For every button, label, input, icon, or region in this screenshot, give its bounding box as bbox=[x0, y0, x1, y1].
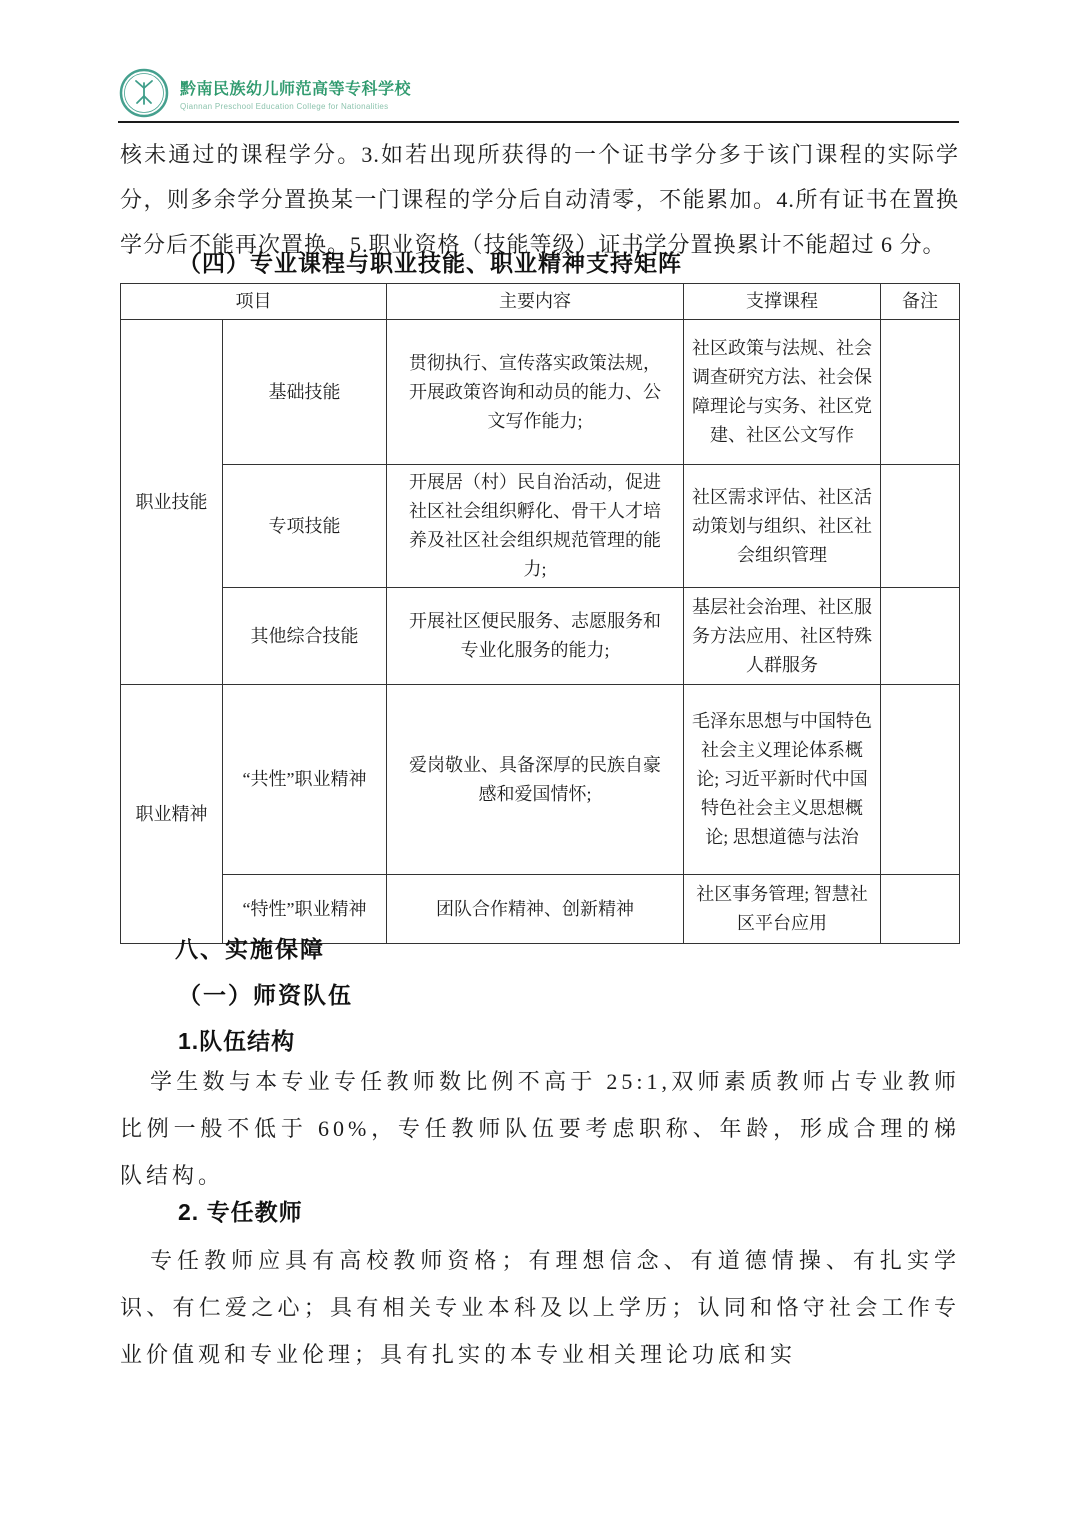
subsection-heading-team-structure: 1.队伍结构 bbox=[120, 1023, 959, 1056]
cell-item: 基础技能 bbox=[223, 320, 387, 465]
cell-note bbox=[881, 685, 960, 875]
school-name-block: 黔南民族幼儿师范高等专科学校 Qiannan Preschool Educati… bbox=[180, 76, 411, 111]
school-name-en: Qiannan Preschool Education College for … bbox=[180, 102, 411, 111]
school-name-cn: 黔南民族幼儿师范高等专科学校 bbox=[180, 76, 411, 99]
cell-item: 专项技能 bbox=[223, 465, 387, 588]
cell-group-spirit: 职业精神 bbox=[121, 685, 223, 944]
team-structure-paragraph: 学生数与本专业专任教师数比例不高于 25:1,双师素质教师占专业教师比例一般不低… bbox=[120, 1058, 960, 1199]
cell-content: 开展社区便民服务、志愿服务和专业化服务的能力; bbox=[387, 588, 684, 685]
cell-content: 开展居（村）民自治活动，促进社区社会组织孵化、骨干人才培养及社区社会组织规范管理… bbox=[387, 465, 684, 588]
school-logo: 黔南民族幼儿师范高等专科学校 Qiannan Preschool Educati… bbox=[119, 68, 411, 118]
support-matrix-table: 项目 主要内容 支撑课程 备注 职业技能 基础技能 贯彻执行、宣传落实政策法规，… bbox=[120, 283, 960, 944]
cell-content: 爱岗敬业、具备深厚的民族自豪感和爱国情怀; bbox=[387, 685, 684, 875]
cell-support: 基层社会治理、社区服务方法应用、社区特殊人群服务 bbox=[684, 588, 881, 685]
fulltime-teachers-paragraph: 专任教师应具有高校教师资格；有理想信念、有道德情操、有扎实学识、有仁爱之心；具有… bbox=[120, 1237, 960, 1378]
cell-group-skills: 职业技能 bbox=[121, 320, 223, 685]
cell-support: 社区政策与法规、社会调查研究方法、社会保障理论与实务、社区党建、社区公文写作 bbox=[684, 320, 881, 465]
col-header-content: 主要内容 bbox=[387, 284, 684, 320]
subsection-heading-faculty: （一）师资队伍 bbox=[120, 977, 959, 1010]
cell-note bbox=[881, 320, 960, 465]
header-divider bbox=[118, 121, 959, 123]
col-header-item: 项目 bbox=[121, 284, 387, 320]
col-header-note: 备注 bbox=[881, 284, 960, 320]
cell-note bbox=[881, 465, 960, 588]
document-page: 黔南民族幼儿师范高等专科学校 Qiannan Preschool Educati… bbox=[0, 0, 1074, 1520]
cell-support: 社区需求评估、社区活动策划与组织、社区社会组织管理 bbox=[684, 465, 881, 588]
table-row: 职业技能 基础技能 贯彻执行、宣传落实政策法规，开展政策咨询和动员的能力、公文写… bbox=[121, 320, 960, 465]
school-seal-icon bbox=[119, 68, 169, 118]
cell-item: 其他综合技能 bbox=[223, 588, 387, 685]
subsection-heading-fulltime-teachers: 2. 专任教师 bbox=[120, 1194, 959, 1227]
table-row: 其他综合技能 开展社区便民服务、志愿服务和专业化服务的能力; 基层社会治理、社区… bbox=[121, 588, 960, 685]
table-header-row: 项目 主要内容 支撑课程 备注 bbox=[121, 284, 960, 320]
cell-note bbox=[881, 588, 960, 685]
matrix-section-title: （四）专业课程与职业技能、职业精神支持矩阵 bbox=[120, 245, 959, 278]
cell-support: 毛泽东思想与中国特色社会主义理论体系概论; 习近平新时代中国特色社会主义思想概论… bbox=[684, 685, 881, 875]
table-row: 专项技能 开展居（村）民自治活动，促进社区社会组织孵化、骨干人才培养及社区社会组… bbox=[121, 465, 960, 588]
cell-item: “共性”职业精神 bbox=[223, 685, 387, 875]
col-header-support: 支撑课程 bbox=[684, 284, 881, 320]
table-row: 职业精神 “共性”职业精神 爱岗敬业、具备深厚的民族自豪感和爱国情怀; 毛泽东思… bbox=[121, 685, 960, 875]
section-heading-implementation: 八、实施保障 bbox=[120, 931, 959, 964]
cell-content: 贯彻执行、宣传落实政策法规，开展政策咨询和动员的能力、公文写作能力; bbox=[387, 320, 684, 465]
